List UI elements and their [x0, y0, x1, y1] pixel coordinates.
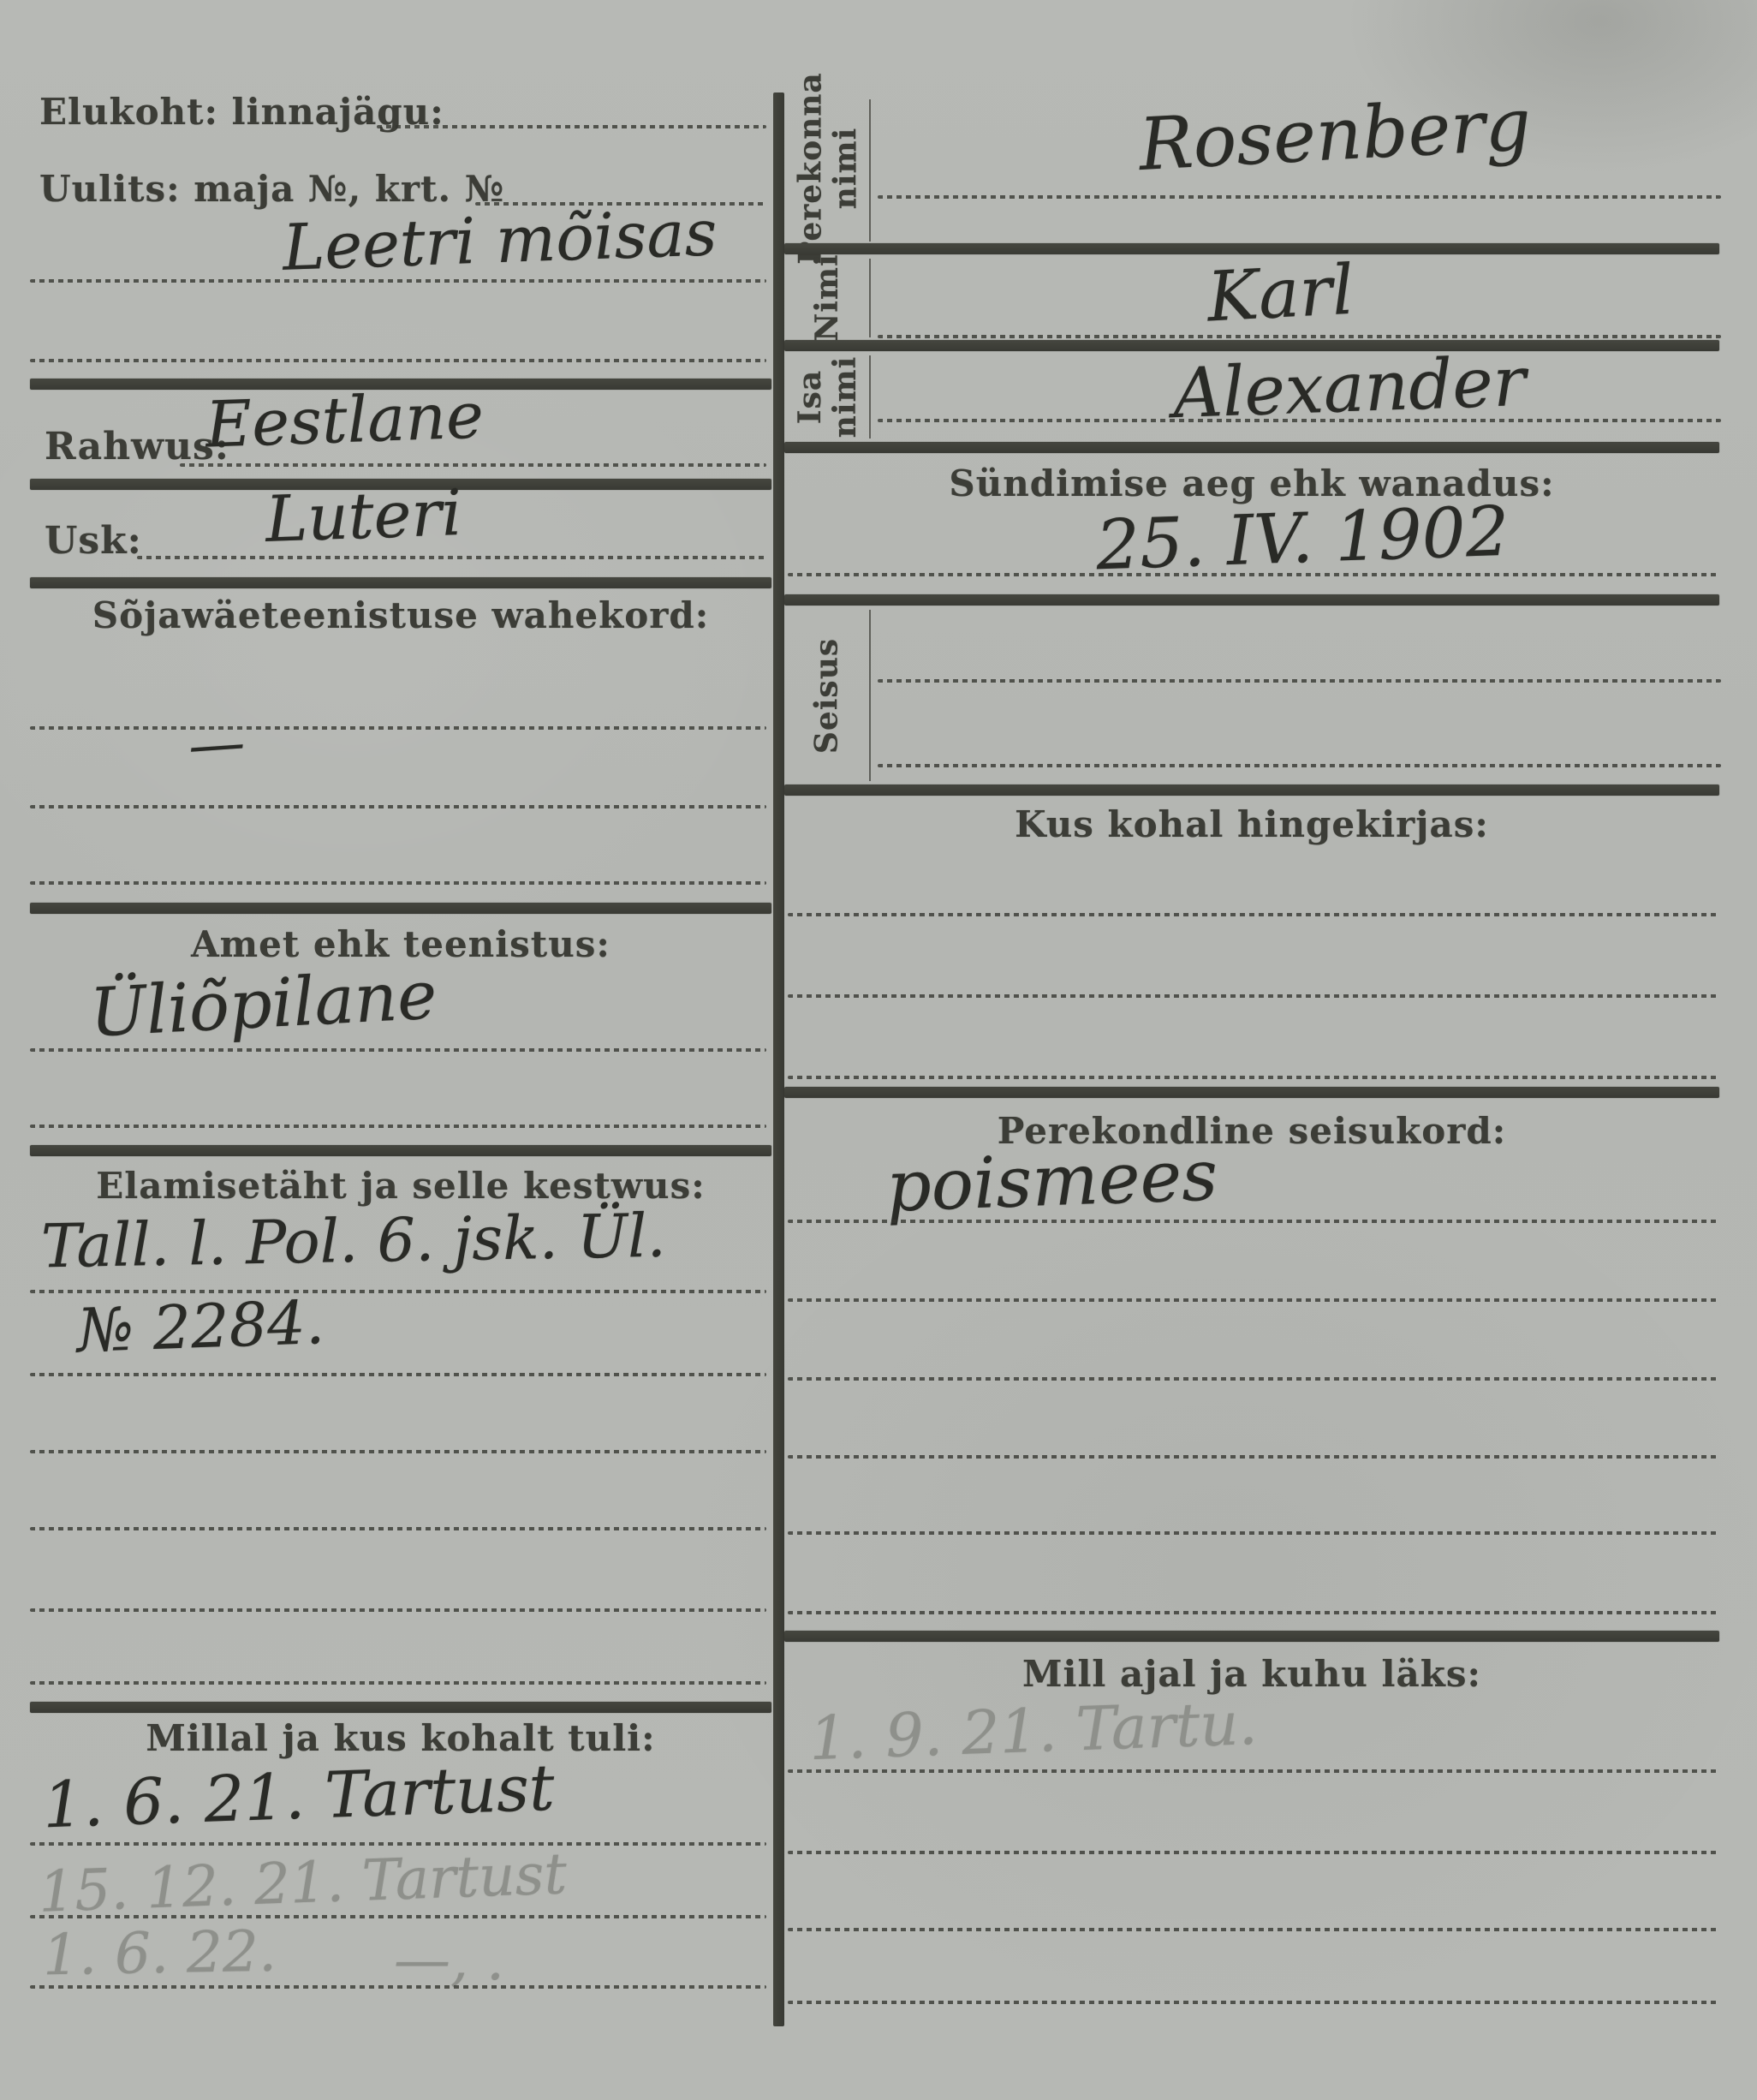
- dotted-line: [788, 913, 1717, 916]
- section-bar: [784, 1631, 1719, 1642]
- vertical-label-line: nimi: [828, 356, 862, 438]
- section-bar: [30, 1145, 771, 1156]
- section-bar: [784, 594, 1719, 606]
- dotted-line: [788, 1220, 1717, 1223]
- section-bar: [784, 340, 1719, 351]
- dotted-line: [30, 1048, 766, 1052]
- handwritten-entry-elamisetaht-2: № 2284.: [76, 1287, 326, 1366]
- dotted-line: [878, 195, 1721, 199]
- handwritten-entry-surname: Rosenberg: [1137, 82, 1534, 187]
- vertical-label-nimi: Nimi: [786, 254, 869, 341]
- dotted-line: [377, 125, 766, 128]
- dotted-line: [137, 556, 766, 559]
- vertical-label-perekonna-nimi: Perekonna nimi: [787, 95, 870, 242]
- column-divider-rule: [773, 92, 784, 2026]
- label-separator-line: [869, 259, 871, 337]
- dotted-line: [788, 1298, 1717, 1302]
- handwritten-entry-birthdate: 25. IV. 1902: [1095, 492, 1510, 586]
- dotted-line: [30, 881, 766, 885]
- vertical-label-line: Nimi: [810, 254, 844, 341]
- handwritten-entry-tuli-pencil-2: 1. 6. 22.: [42, 1918, 277, 1989]
- dotted-line: [30, 1527, 766, 1530]
- field-label-uulits: Uulits: maja №, krt. №: [39, 168, 504, 210]
- label-separator-line: [869, 99, 871, 242]
- dotted-line: [30, 1125, 766, 1128]
- dotted-line: [788, 1455, 1717, 1459]
- dotted-line: [30, 1450, 766, 1453]
- handwritten-entry-marital-status: poismees: [884, 1135, 1218, 1227]
- handwritten-entry-laks-pencil: 1. 9. 21. Tartu.: [808, 1688, 1259, 1774]
- section-heading-hingekirjas: Kus kohal hingekirjas:: [784, 803, 1719, 845]
- field-label-usk: Usk:: [45, 519, 142, 563]
- section-heading-tuli: Millal ja kus kohalt tuli:: [30, 1717, 771, 1759]
- handwritten-entry-firstname: Karl: [1206, 250, 1356, 337]
- section-bar: [30, 903, 771, 914]
- dotted-line: [30, 1915, 766, 1918]
- dotted-line: [788, 2001, 1717, 2004]
- handwritten-entry-elamisetaht-1: Tall. l. Pol. 6. jsk. Ül.: [40, 1201, 666, 1282]
- dotted-line: [788, 1928, 1717, 1931]
- dotted-line: [30, 1842, 766, 1846]
- section-bar: [784, 442, 1719, 453]
- dotted-line: [30, 279, 766, 283]
- section-bar: [30, 577, 771, 588]
- dotted-line: [788, 1611, 1717, 1614]
- vertical-label-line: nimi: [828, 128, 862, 210]
- dotted-line: [878, 419, 1721, 422]
- section-bar: [784, 785, 1719, 796]
- label-separator-line: [869, 355, 871, 438]
- dotted-line: [788, 1769, 1717, 1773]
- dotted-line: [878, 764, 1721, 767]
- section-bar: [784, 1087, 1719, 1098]
- dotted-line: [30, 805, 766, 808]
- vertical-label-isa-nimi: Isa nimi: [786, 351, 869, 443]
- dotted-line: [788, 994, 1717, 998]
- dotted-line: [788, 1377, 1717, 1381]
- dotted-line: [30, 726, 766, 730]
- vertical-label-seisus: Seisus: [786, 606, 869, 786]
- section-heading-sojawaeteenistus: Sõjawäeteenistuse wahekord:: [30, 594, 771, 636]
- dotted-line: [878, 679, 1721, 683]
- dotted-line: [180, 463, 766, 467]
- dotted-line: [30, 359, 766, 362]
- handwritten-entry-tuli-pencil-1: 15. 12. 21. Tartust: [38, 1840, 568, 1924]
- handwritten-entry-sojawae: —: [186, 709, 247, 779]
- dotted-line: [30, 1373, 766, 1376]
- dotted-line: [30, 1290, 766, 1293]
- vertical-label-line: Isa: [793, 370, 827, 424]
- field-label-rahwus: Rahwus:: [45, 425, 229, 468]
- registration-card: Elukoht: linnajägu: Uulits: maja №, krt.…: [0, 0, 1757, 2100]
- handwritten-entry-address: Leetri mõisas: [282, 196, 718, 285]
- dotted-line: [878, 335, 1721, 338]
- handwritten-entry-amet: Üliõpilane: [88, 957, 438, 1052]
- dotted-line: [30, 1985, 766, 1989]
- vertical-label-line: Perekonna: [794, 72, 828, 265]
- dotted-line: [788, 1851, 1717, 1854]
- dotted-line: [788, 1531, 1717, 1535]
- dotted-line: [30, 1608, 766, 1612]
- handwritten-entry-tuli-pencil-2-dash: —, .: [394, 1927, 504, 1993]
- handwritten-entry-tuli-ink: 1. 6. 21. Tartust: [42, 1751, 556, 1843]
- section-heading-sundimise-aeg: Sündimise aeg ehk wanadus:: [784, 462, 1719, 504]
- dotted-line: [30, 1681, 766, 1685]
- section-bar: [784, 243, 1719, 254]
- dotted-line: [788, 1076, 1717, 1079]
- dotted-line: [788, 573, 1717, 576]
- handwritten-entry-rahwus: Eestlane: [205, 379, 485, 462]
- vertical-label-line: Seisus: [810, 638, 844, 754]
- label-separator-line: [869, 610, 871, 781]
- section-bar: [30, 1702, 771, 1713]
- handwritten-entry-usk: Luteri: [265, 476, 463, 557]
